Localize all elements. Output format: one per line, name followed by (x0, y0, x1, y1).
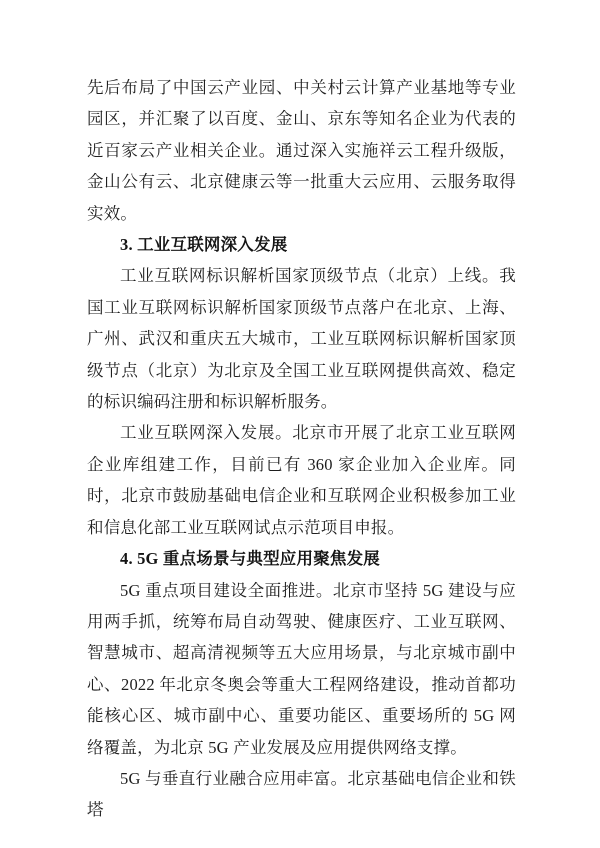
document-body: 先后布局了中国云产业园、中关村云计算产业基地等专业园区，并汇聚了以百度、金山、京… (87, 72, 516, 826)
document-page: 先后布局了中国云产业园、中关村云计算产业基地等专业园区，并汇聚了以百度、金山、京… (0, 0, 600, 848)
body-paragraph: 工业互联网深入发展。北京市开展了北京工业互联网企业库组建工作，目前已有 360 … (87, 417, 516, 543)
body-paragraph: 工业互联网标识解析国家顶级节点（北京）上线。我国工业互联网标识解析国家顶级节点落… (87, 260, 516, 417)
section-heading: 3. 工业互联网深入发展 (87, 229, 516, 260)
page-number: 6 (0, 771, 600, 787)
body-paragraph: 5G 重点项目建设全面推进。北京市坚持 5G 建设与应用两手抓，统筹布局自动驾驶… (87, 575, 516, 763)
section-heading: 4. 5G 重点场景与典型应用聚焦发展 (87, 543, 516, 574)
body-paragraph: 先后布局了中国云产业园、中关村云计算产业基地等专业园区，并汇聚了以百度、金山、京… (87, 72, 516, 229)
